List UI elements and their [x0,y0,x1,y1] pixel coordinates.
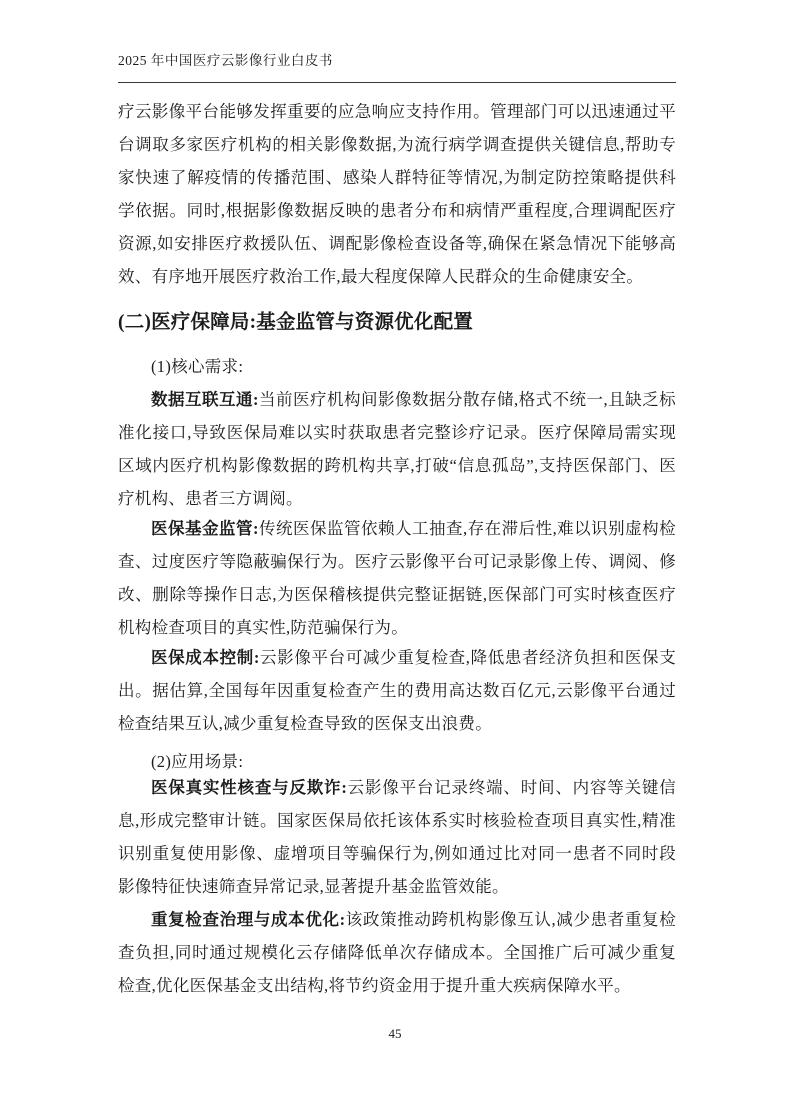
page-number: 45 [389,1026,402,1041]
paragraph-authenticity-antifraud: 医保真实性核查与反欺诈:云影像平台记录终端、时间、内容等关键信息,形成完整审计链… [118,771,676,903]
paragraph-fund-supervision: 医保基金监管:传统医保监管依赖人工抽查,存在滞后性,难以识别虚构检查、过度医疗等… [118,512,676,644]
paragraph-duplicate-exam-governance: 重复检查治理与成本优化:该政策推动跨机构影像互认,减少患者重复检查负担,同时通过… [118,903,676,1002]
paragraph-emergency-response: 疗云影像平台能够发挥重要的应急响应支持作用。管理部门可以迅速通过平台调取多家医疗… [118,95,676,293]
paragraph-lead: 重复检查治理与成本优化: [151,910,345,929]
paragraph-lead: 医保真实性核查与反欺诈: [151,778,347,797]
header-title: 2025 年中国医疗云影像行业白皮书 [118,53,333,68]
document-page: 2025 年中国医疗云影像行业白皮书 疗云影像平台能够发挥重要的应急响应支持作用… [0,0,790,1117]
paragraph-lead: 医保基金监管: [151,519,259,538]
paragraph-lead: 医保成本控制: [151,648,260,667]
paragraph-data-interconnect: 数据互联互通:当前医疗机构间影像数据分散存储,格式不统一,且缺乏标准化接口,导致… [118,383,676,515]
paragraph-cost-control: 医保成本控制:云影像平台可减少重复检查,降低患者经济负担和医保支出。据估算,全国… [118,641,676,740]
subheading-core-needs: (1)核心需求: [118,350,676,383]
page-footer: 45 [0,1026,790,1042]
page-header: 2025 年中国医疗云影像行业白皮书 [118,52,676,83]
section-heading: (二)医疗保障局:基金监管与资源优化配置 [118,308,676,338]
document-body: 疗云影像平台能够发挥重要的应急响应支持作用。管理部门可以迅速通过平台调取多家医疗… [118,95,676,1002]
paragraph-lead: 数据互联互通: [151,390,259,409]
